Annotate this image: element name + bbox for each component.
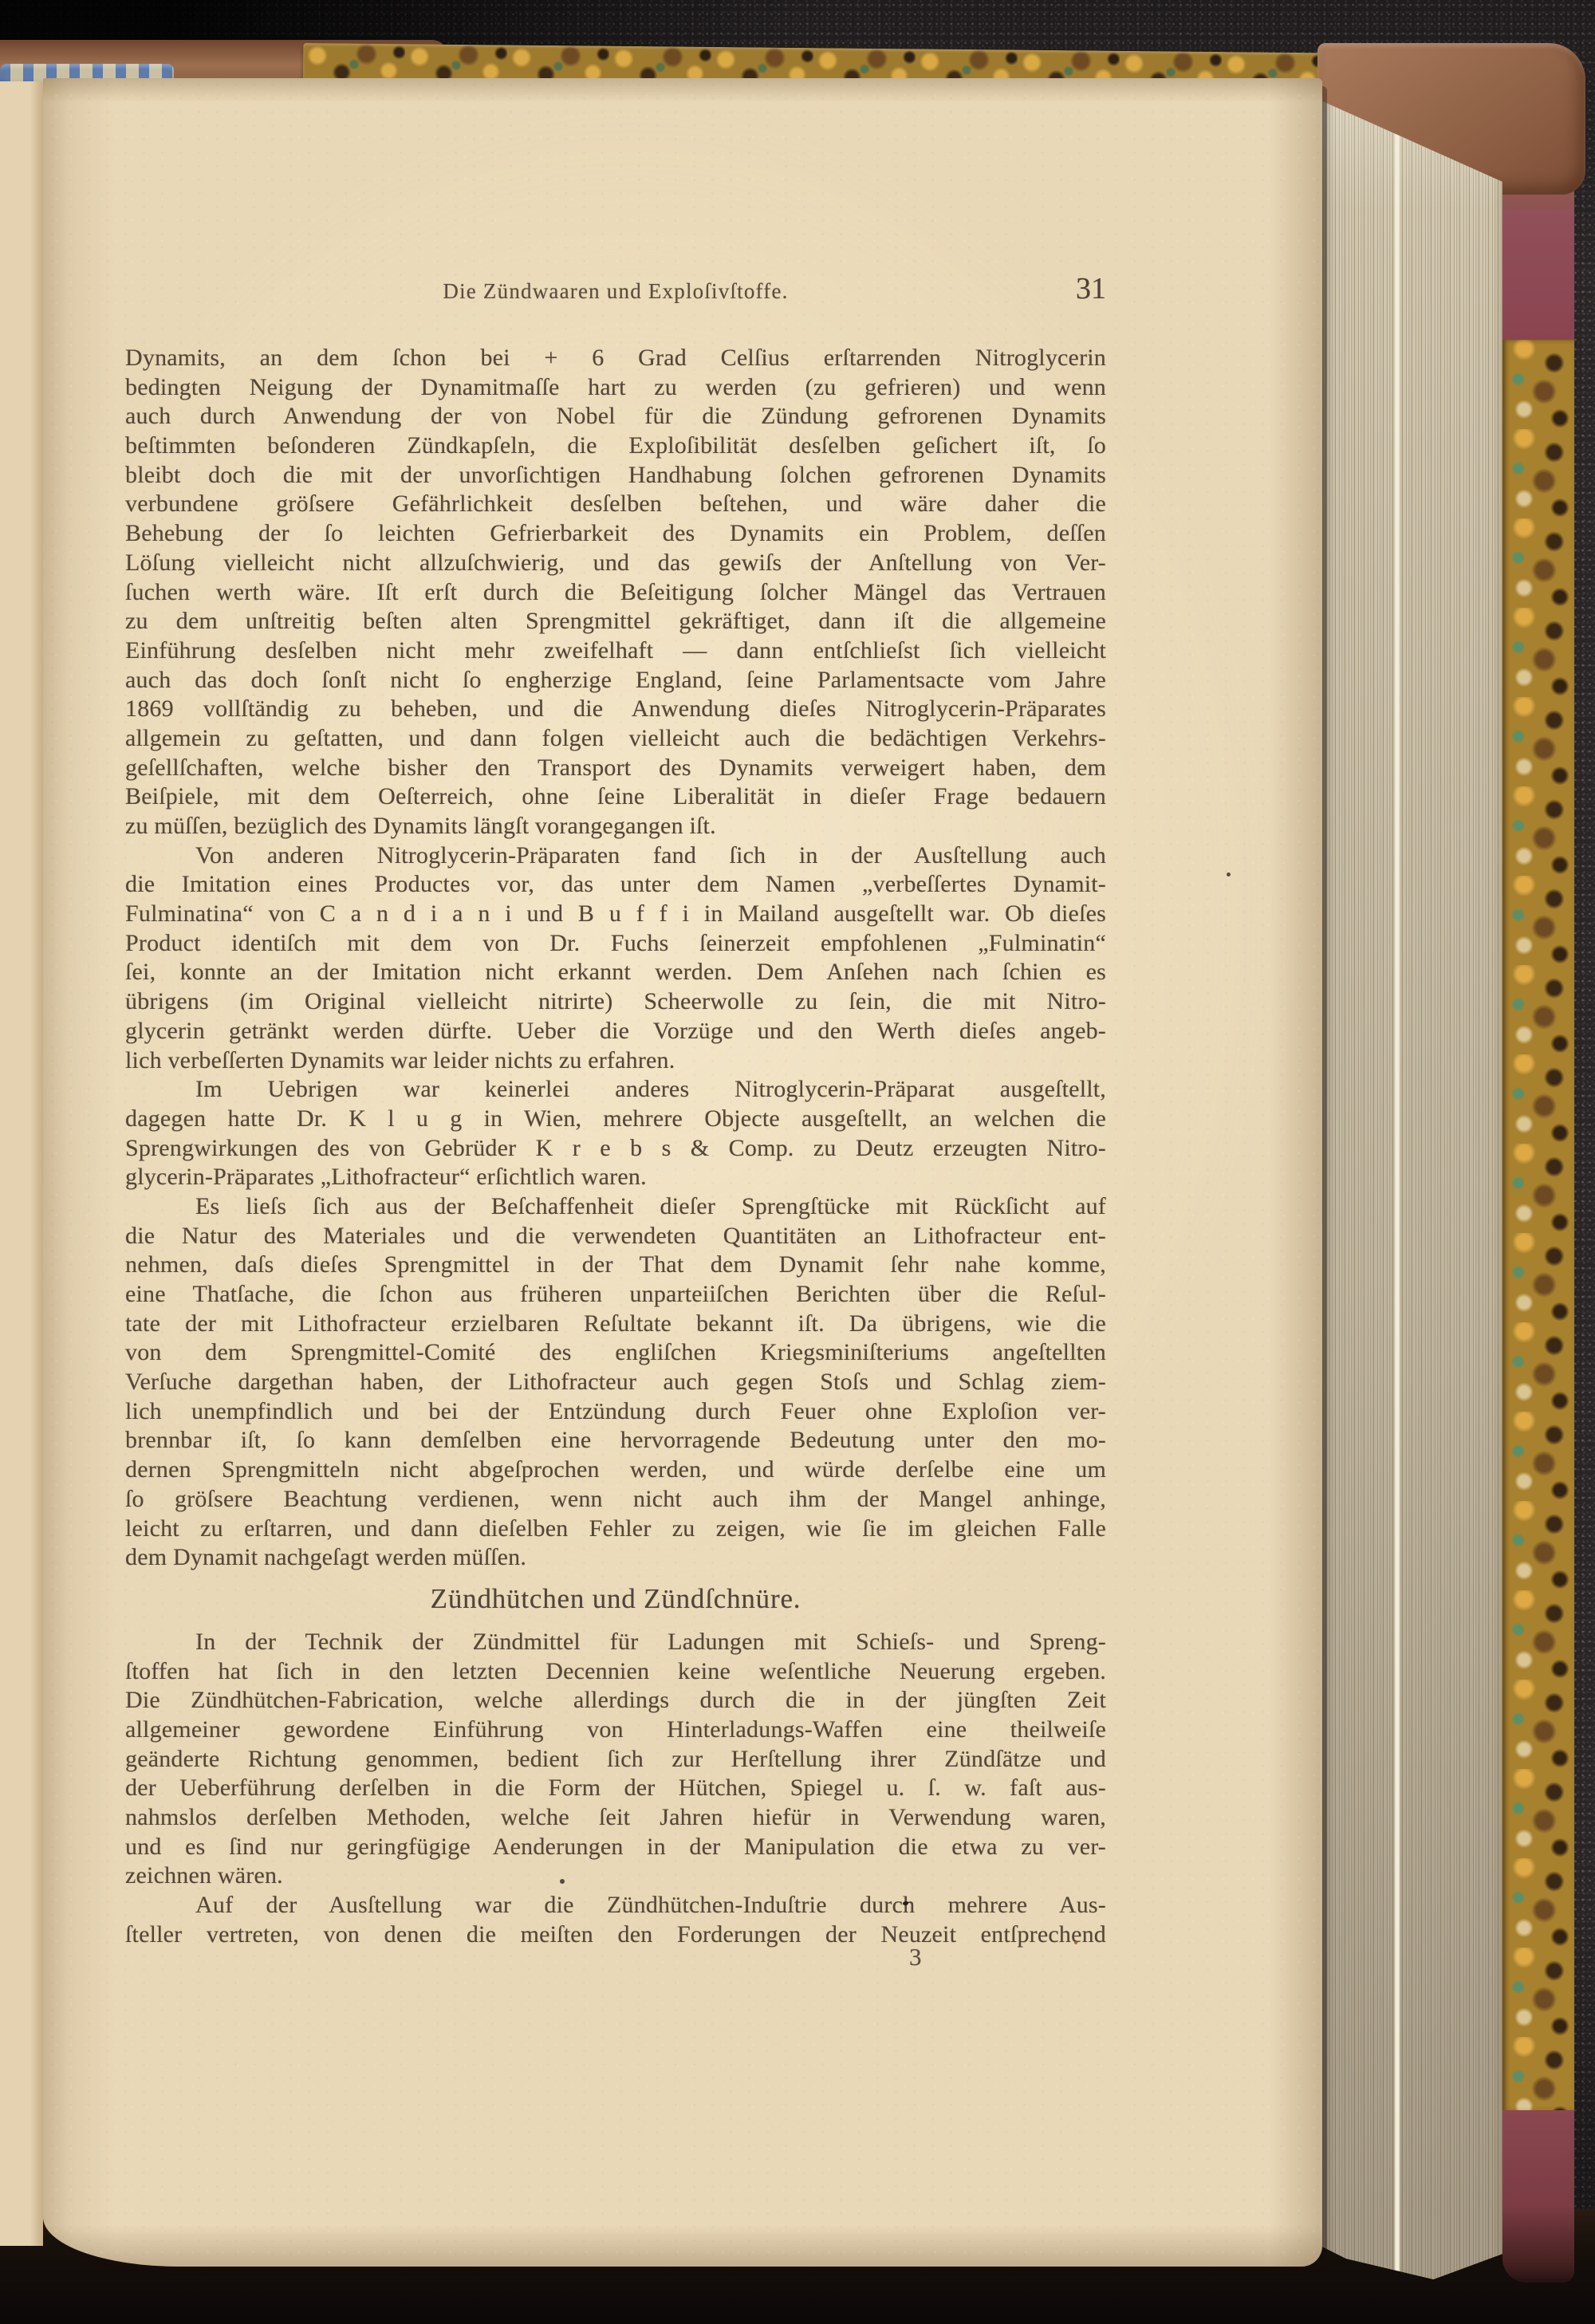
text-line: geänderte Richtung genommen, bedient ſic… (125, 1745, 1106, 1775)
text-line: dagegen hatte Dr. K l u g in Wien, mehre… (125, 1105, 1106, 1134)
maroon-leather-right-upper (1502, 209, 1574, 341)
text-line: Verſuche dargethan haben, der Lithofract… (125, 1368, 1106, 1397)
text-line: übrigens (im Original vielleicht nitrirt… (125, 987, 1106, 1017)
text-line: lich unempfindlich und bei der Entzündun… (125, 1397, 1106, 1427)
text-line: Product identiſch mit dem von Dr. Fuchs … (125, 929, 1106, 959)
text-line: auch durch Anwendung der von Nobel für d… (125, 402, 1106, 431)
text-line: allgemein zu geſtatten, und dann folgen … (125, 724, 1106, 754)
back-cover-right-edge (1502, 77, 1574, 2283)
text-line: nahmslos derſelben Methoden, welche ſeit… (125, 1803, 1106, 1833)
signature-mark: 3 (909, 1943, 922, 1971)
text-line: Beiſpiele, mit dem Oeſterreich, ohne ſei… (125, 782, 1106, 812)
running-head: Die Zündwaaren und Exploſivſtoffe. 31 (125, 279, 1106, 311)
page-text-block: Dynamits, an dem ſchon bei + 6 Grad Celſ… (125, 344, 1106, 1949)
previous-page-sliver (0, 81, 43, 2246)
text-line: zu müſſen, bezüglich des Dynamits längſt… (125, 812, 1106, 841)
text-line: Löſung vielleicht nicht allzuſchwierig, … (125, 549, 1106, 578)
scanned-page: Die Zündwaaren und Exploſivſtoffe. 31 Dy… (43, 78, 1322, 2267)
text-line: die Natur des Materiales und die verwend… (125, 1222, 1106, 1251)
text-line: brennbar iſt, ſo kann demſelben eine her… (125, 1426, 1106, 1455)
text-line: In der Technik der Zündmittel für Ladung… (125, 1628, 1106, 1657)
text-line: ſtoffen hat ſich in den letzten Decennie… (125, 1657, 1106, 1687)
text-line: glycerin-Präparates „Lithofracteur“ erſi… (125, 1163, 1106, 1192)
text-line: leicht zu erſtarren, und dann dieſelben … (125, 1515, 1106, 1544)
text-line: von dem Sprengmittel-Comité des engliſch… (125, 1338, 1106, 1368)
leather-corner-right-bottom (1502, 2110, 1574, 2283)
text-line: tate der mit Lithofracteur erzielbaren R… (125, 1310, 1106, 1339)
text-line: Dynamits, an dem ſchon bei + 6 Grad Celſ… (125, 344, 1106, 373)
text-line: Die Zündhütchen-Fabrication, welche alle… (125, 1686, 1106, 1715)
text-line: die Imitation eines Productes vor, das u… (125, 870, 1106, 900)
text-line: lich verbeſſerten Dynamits war leider ni… (125, 1046, 1106, 1076)
text-line: Sprengwirkungen des von Gebrüder K r e b… (125, 1134, 1106, 1164)
text-line: allgemeiner gewordene Einführung von Hin… (125, 1715, 1106, 1745)
text-line: ſteller vertreten, von denen die meiſten… (125, 1920, 1106, 1950)
text-line: Behebung der ſo leichten Gefrierbarkeit … (125, 519, 1106, 549)
text-line: Auf der Ausſtellung war die Zündhütchen-… (125, 1891, 1106, 1920)
foxing-speck (1074, 1941, 1077, 1944)
text-line: beſtimmten beſonderen Zündkapſeln, die E… (125, 431, 1106, 461)
text-line: Im Uebrigen war keinerlei anderes Nitrog… (125, 1075, 1106, 1105)
text-line: bedingten Neigung der Dynamitmaſſe hart … (125, 373, 1106, 403)
text-line: Einführung desſelben nicht mehr zweifelh… (125, 636, 1106, 666)
text-line: zeichnen wären. (125, 1861, 1106, 1891)
text-line: Es lieſs ſich aus der Beſchaffenheit die… (125, 1192, 1106, 1222)
marbled-cover-right-edge (1502, 340, 1574, 2112)
text-line: Zündhütchen und Zündſchnüre. (125, 1581, 1106, 1617)
text-line: Von anderen Nitroglycerin-Präparaten fan… (125, 841, 1106, 871)
text-line: eine Thatſache, die ſchon aus früheren u… (125, 1280, 1106, 1310)
text-line: und es ſind nur geringfügige Aenderungen… (125, 1833, 1106, 1862)
text-line: der Ueberführung derſelben in die Form d… (125, 1774, 1106, 1803)
text-line: ſei, konnte an der Imitation nicht erkan… (125, 958, 1106, 987)
page-number: 31 (1076, 271, 1106, 306)
book-scan-photo: Die Zündwaaren und Exploſivſtoffe. 31 Dy… (0, 0, 1595, 2324)
ink-speck (1227, 872, 1231, 876)
running-head-title: Die Zündwaaren und Exploſivſtoffe. (125, 279, 1106, 304)
text-line: geſellſchaften, welche bisher den Transp… (125, 754, 1106, 783)
text-line: bleibt doch die mit der unvorſichtigen H… (125, 461, 1106, 490)
text-line: nehmen, daſs dieſes Sprengmittel in der … (125, 1251, 1106, 1280)
text-line: Fulminatina“ von C a n d i a n i und B u… (125, 900, 1106, 929)
text-line: dernen Sprengmitteln nicht abgeſprochen … (125, 1455, 1106, 1485)
text-line: auch das doch ſonſt nicht ſo engherzige … (125, 666, 1106, 695)
fore-edge-page-block (1321, 80, 1502, 2281)
text-line: zu dem unſtreitig beſten alten Sprengmit… (125, 607, 1106, 636)
text-line: glycerin getränkt werden dürfte. Ueber d… (125, 1017, 1106, 1046)
text-line: 1869 vollſtändig zu beheben, und die Anw… (125, 695, 1106, 724)
ink-speck (560, 1879, 565, 1884)
text-line: ſo gröſsere Beachtung verdienen, wenn ni… (125, 1485, 1106, 1515)
text-line: verbundene gröſsere Gefährlichkeit desſe… (125, 490, 1106, 519)
text-line: dem Dynamit nachgeſagt werden müſſen. (125, 1543, 1106, 1573)
text-line: ſuchen werth wäre. Iſt erſt durch die Be… (125, 578, 1106, 608)
